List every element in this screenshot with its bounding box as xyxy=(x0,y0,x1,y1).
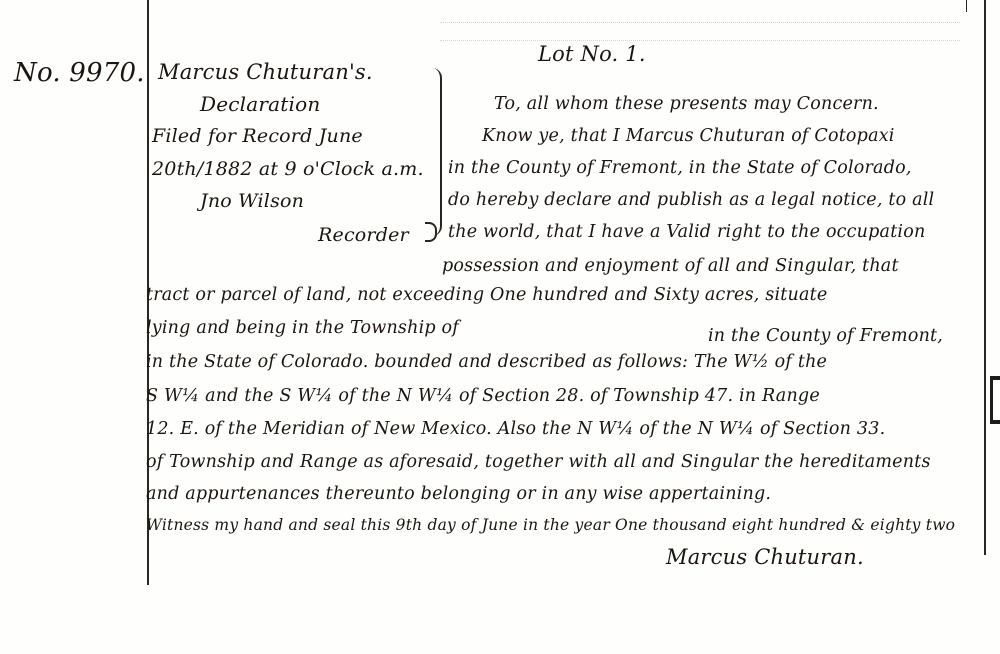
body-line: lying and being in the Township of xyxy=(146,318,459,338)
margin-recorder-title: Recorder xyxy=(318,224,409,246)
margin-recorder-name: Jno Wilson xyxy=(200,190,304,212)
body-line: and appurtenances thereunto belonging or… xyxy=(146,484,771,504)
body-line: in the County of Fremont, in the State o… xyxy=(448,158,912,178)
margin-filed-line: Filed for Record June xyxy=(152,125,363,147)
margin-name: Marcus Chuturan's. xyxy=(158,60,373,84)
body-line: To, all whom these presents may Concern. xyxy=(494,94,879,114)
body-line: possession and enjoyment of all and Sing… xyxy=(442,256,899,276)
lot-heading: Lot No. 1. xyxy=(538,42,646,66)
body-line: of Township and Range as aforesaid, toge… xyxy=(146,452,931,472)
body-line: Witness my hand and seal this 9th day of… xyxy=(146,516,955,534)
body-line: 12. E. of the Meridian of New Mexico. Al… xyxy=(146,419,885,439)
bracket-mark xyxy=(428,68,442,236)
body-line: in the County of Fremont, xyxy=(708,326,943,346)
signature: Marcus Chuturan. xyxy=(666,545,864,569)
top-tick xyxy=(966,0,967,12)
ledger-rule xyxy=(440,40,960,41)
body-line: the world, that I have a Valid right to … xyxy=(448,222,925,242)
ledger-rule xyxy=(440,22,960,23)
margin-date-line: 20th/1882 at 9 o'Clock a.m. xyxy=(152,158,424,180)
body-line: in the State of Colorado. bounded and de… xyxy=(146,352,827,372)
margin-type: Declaration xyxy=(200,92,320,116)
body-line: Know ye, that I Marcus Chuturan of Cotop… xyxy=(482,126,895,146)
body-line: tract or parcel of land, not exceeding O… xyxy=(146,285,827,305)
scanned-record-page: No. 9970. Marcus Chuturan's. Declaration… xyxy=(0,0,1000,654)
bracket-seal-mark xyxy=(425,222,437,242)
body-line: do hereby declare and publish as a legal… xyxy=(448,190,934,210)
record-number: No. 9970. xyxy=(14,58,145,88)
right-margin-rule xyxy=(984,0,986,555)
body-line: S W¼ and the S W¼ of the N W¼ of Section… xyxy=(146,386,820,406)
bracket-print-mark xyxy=(990,376,1000,424)
